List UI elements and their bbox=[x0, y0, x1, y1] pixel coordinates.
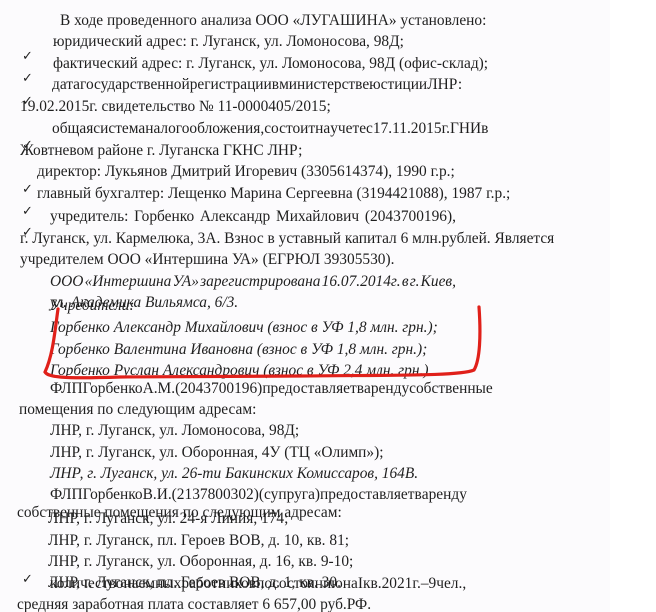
document-page-lower bbox=[0, 0, 610, 612]
